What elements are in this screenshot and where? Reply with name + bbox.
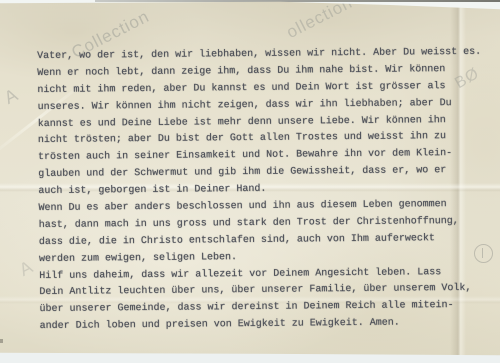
paper-sheet: A Collection ollection BØ A Vater, wo de…: [0, 0, 500, 363]
scan-edge-shadow: [95, 0, 500, 2]
text-line: ander Dich loben und preisen von Ewigkei…: [40, 315, 500, 336]
watermark-fragment-bottom-left: A: [16, 256, 37, 281]
watermark-collection-top-center: ollection: [283, 0, 356, 43]
photo-frame: A Collection ollection BØ A Vater, wo de…: [0, 0, 500, 363]
watermark-fragment-a-top-left: A: [1, 84, 22, 109]
typed-prayer-text: Vater, wo der ist, den wir liebhaben, wi…: [37, 45, 500, 337]
paper-speck: [0, 339, 3, 343]
